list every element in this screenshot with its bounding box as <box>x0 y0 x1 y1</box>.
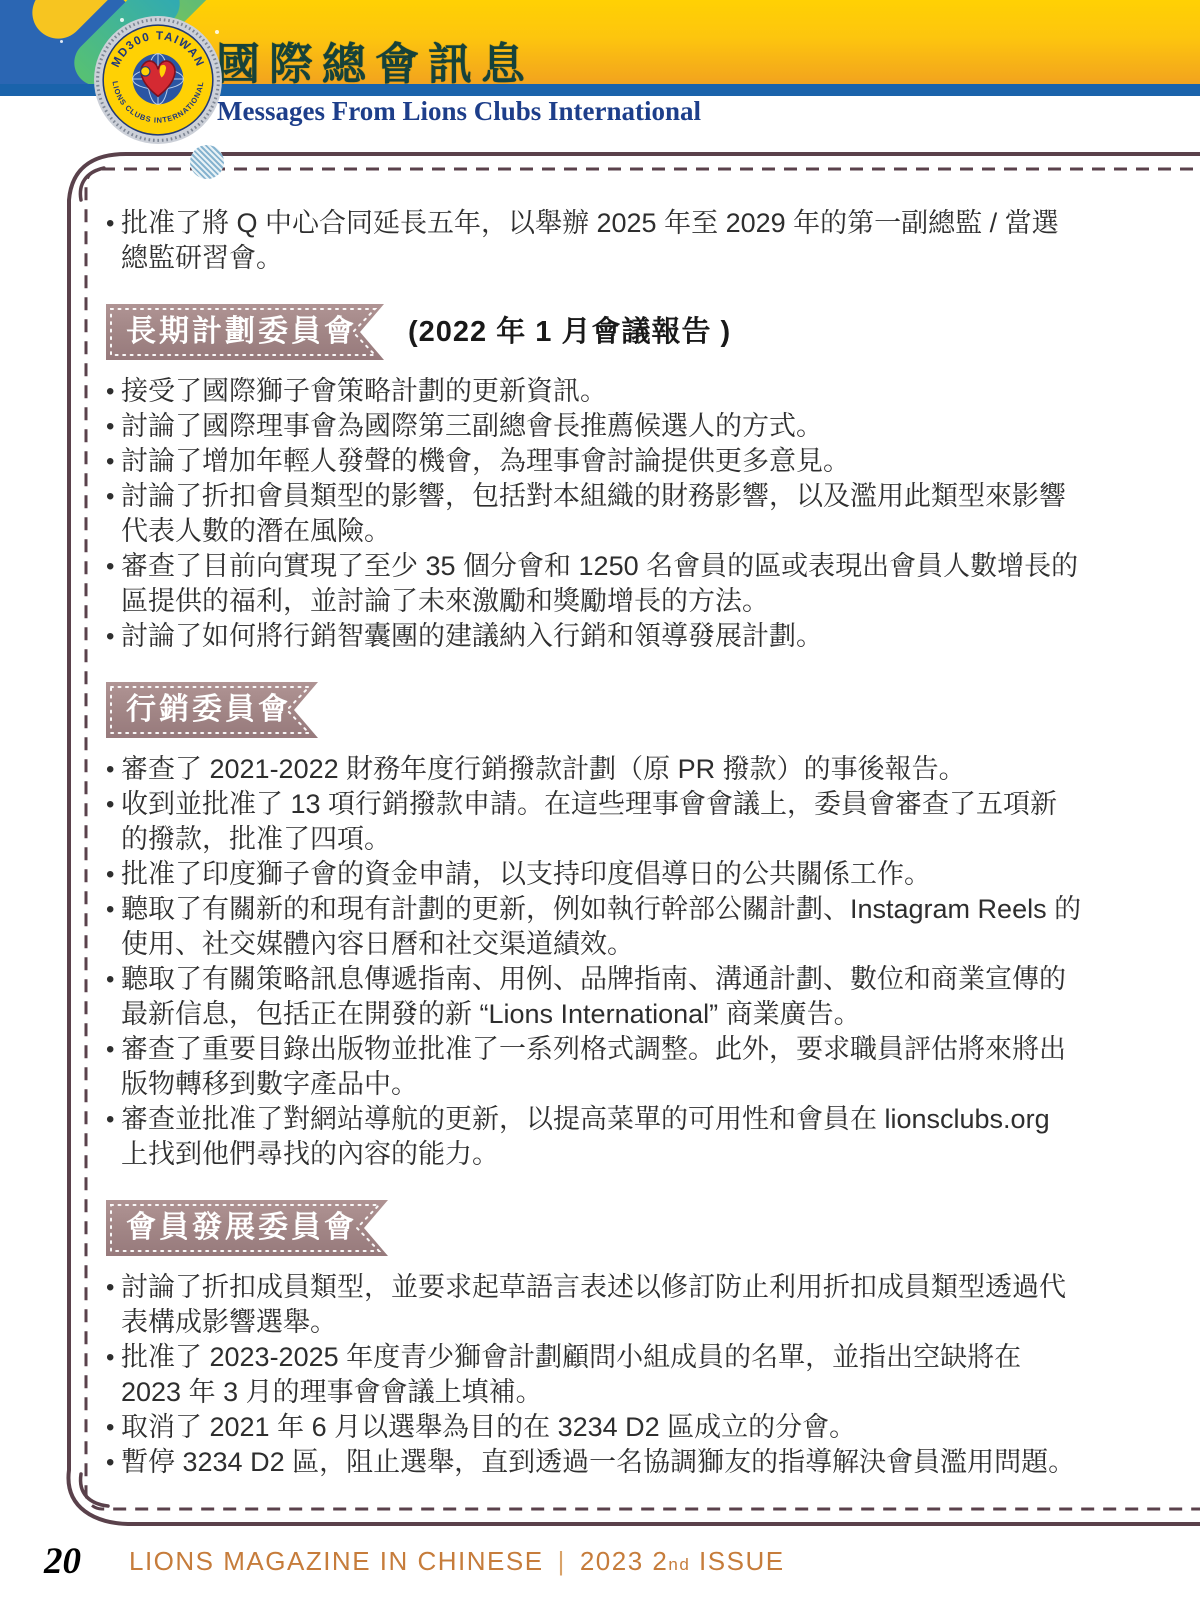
section-ribbon: 長期計劃委員會 <box>106 304 384 360</box>
footer-issue-word: ISSUE <box>690 1546 784 1576</box>
page-number: 20 <box>44 1540 81 1583</box>
section-heading-row: 會員發展委員會 <box>106 1200 1082 1256</box>
bullet-item: 討論了折扣會員類型的影響，包括對本組織的財務影響，以及濫用此類型來影響代表人數的… <box>106 479 1082 549</box>
section-note: (2022 年 1 月會議報告 ) <box>408 315 731 350</box>
page-title-zh: 國際總會訊息 <box>216 28 534 92</box>
footer-separator: | <box>558 1546 566 1576</box>
bullet-item: 審查了重要目錄出版物並批准了一系列格式調整。此外，要求職員評估將來將出版物轉移到… <box>106 1032 1082 1102</box>
bullet-item: 暫停 3234 D2 區，阻止選舉，直到透過一名協調獅友的指導解決會員濫用問題。 <box>106 1445 1082 1480</box>
section-heading-row: 長期計劃委員會 (2022 年 1 月會議報告 ) <box>106 304 1082 360</box>
section-bullet-list: 討論了折扣成員類型，並要求起草語言表述以修訂防止利用折扣成員類型透過代表構成影響… <box>106 1270 1082 1480</box>
section-bullet-list: 接受了國際獅子會策略計劃的更新資訊。討論了國際理事會為國際第三副總會長推薦候選人… <box>106 374 1082 654</box>
bullet-item: 討論了折扣成員類型，並要求起草語言表述以修訂防止利用折扣成員類型透過代表構成影響… <box>106 1270 1082 1340</box>
footer-magazine-line: LIONS MAGAZINE IN CHINESE|2023 2nd ISSUE <box>129 1546 785 1577</box>
deco-striped-ball <box>190 145 224 179</box>
section-title: 行銷委員會 <box>126 682 291 738</box>
bullet-item: 討論了增加年輕人發聲的機會，為理事會討論提供更多意見。 <box>106 444 1082 479</box>
lions-club-logo: MD300 TAIWAN LIONS CLUBS INTERNATIONAL <box>92 14 224 146</box>
lions-mini-emblem-icon <box>141 67 150 76</box>
bullet-item: 聽取了有關新的和現有計劃的更新，例如執行幹部公關計劃、Instagram Ree… <box>106 892 1082 962</box>
page-footer: 20 LIONS MAGAZINE IN CHINESE|2023 2nd IS… <box>44 1540 785 1583</box>
section-heading-row: 行銷委員會 <box>106 682 1082 738</box>
footer-issue-ordinal: nd <box>668 1555 690 1574</box>
section-ribbon: 會員發展委員會 <box>106 1200 388 1256</box>
section-title: 會員發展委員會 <box>126 1200 357 1256</box>
section-ribbon: 行銷委員會 <box>106 682 318 738</box>
bullet-item: 討論了國際理事會為國際第三副總會長推薦候選人的方式。 <box>106 409 1082 444</box>
bullet-item: 批准了印度獅子會的資金申請，以支持印度倡導日的公共關係工作。 <box>106 857 1082 892</box>
footer-magazine-name: LIONS MAGAZINE IN CHINESE <box>129 1546 544 1576</box>
bullet-item: 批准了將 Q 中心合同延長五年，以舉辦 2025 年至 2029 年的第一副總監… <box>106 206 1082 276</box>
bullet-item: 取消了 2021 年 6 月以選舉為目的在 3234 D2 區成立的分會。 <box>106 1410 1082 1445</box>
section-bullet-list: 審查了 2021-2022 財務年度行銷撥款計劃（原 PR 撥款）的事後報告。收… <box>106 752 1082 1172</box>
content-area: 批准了將 Q 中心合同延長五年，以舉辦 2025 年至 2029 年的第一副總監… <box>0 148 1200 1528</box>
bullet-item: 聽取了有關策略訊息傳遞指南、用例、品牌指南、溝通計劃、數位和商業宣傳的最新信息，… <box>106 962 1082 1032</box>
intro-bullet-list: 批准了將 Q 中心合同延長五年，以舉辦 2025 年至 2029 年的第一副總監… <box>106 206 1082 276</box>
bullet-item: 接受了國際獅子會策略計劃的更新資訊。 <box>106 374 1082 409</box>
section-marketing: 行銷委員會 審查了 2021-2022 財務年度行銷撥款計劃（原 PR 撥款）的… <box>106 682 1082 1172</box>
bullet-item: 討論了如何將行銷智囊團的建議納入行銷和領導發展計劃。 <box>106 619 1082 654</box>
deco-spark <box>60 40 63 43</box>
section-title: 長期計劃委員會 <box>126 304 357 360</box>
footer-issue-number: 2023 2 <box>580 1546 669 1576</box>
page-subtitle-en: Messages From Lions Clubs International <box>217 96 701 127</box>
bullet-item: 審查了目前向實現了至少 35 個分會和 1250 名會員的區或表現出會員人數增長… <box>106 549 1082 619</box>
section-long-range-planning: 長期計劃委員會 (2022 年 1 月會議報告 ) 接受了國際獅子會策略計劃的更… <box>106 304 1082 654</box>
bullet-item: 審查並批准了對網站導航的更新，以提高菜單的可用性和會員在 lionsclubs.… <box>106 1102 1082 1172</box>
bullet-item: 審查了 2021-2022 財務年度行銷撥款計劃（原 PR 撥款）的事後報告。 <box>106 752 1082 787</box>
bullet-item: 批准了 2023-2025 年度青少獅會計劃顧問小組成員的名單，並指出空缺將在 … <box>106 1340 1082 1410</box>
magazine-page: { "header": { "title_zh": "國際總會訊息", "sub… <box>0 0 1200 1609</box>
bullet-item: 收到並批准了 13 項行銷撥款申請。在這些理事會會議上，委員會審查了五項新的撥款… <box>106 787 1082 857</box>
section-membership-development: 會員發展委員會 討論了折扣成員類型，並要求起草語言表述以修訂防止利用折扣成員類型… <box>106 1200 1082 1480</box>
